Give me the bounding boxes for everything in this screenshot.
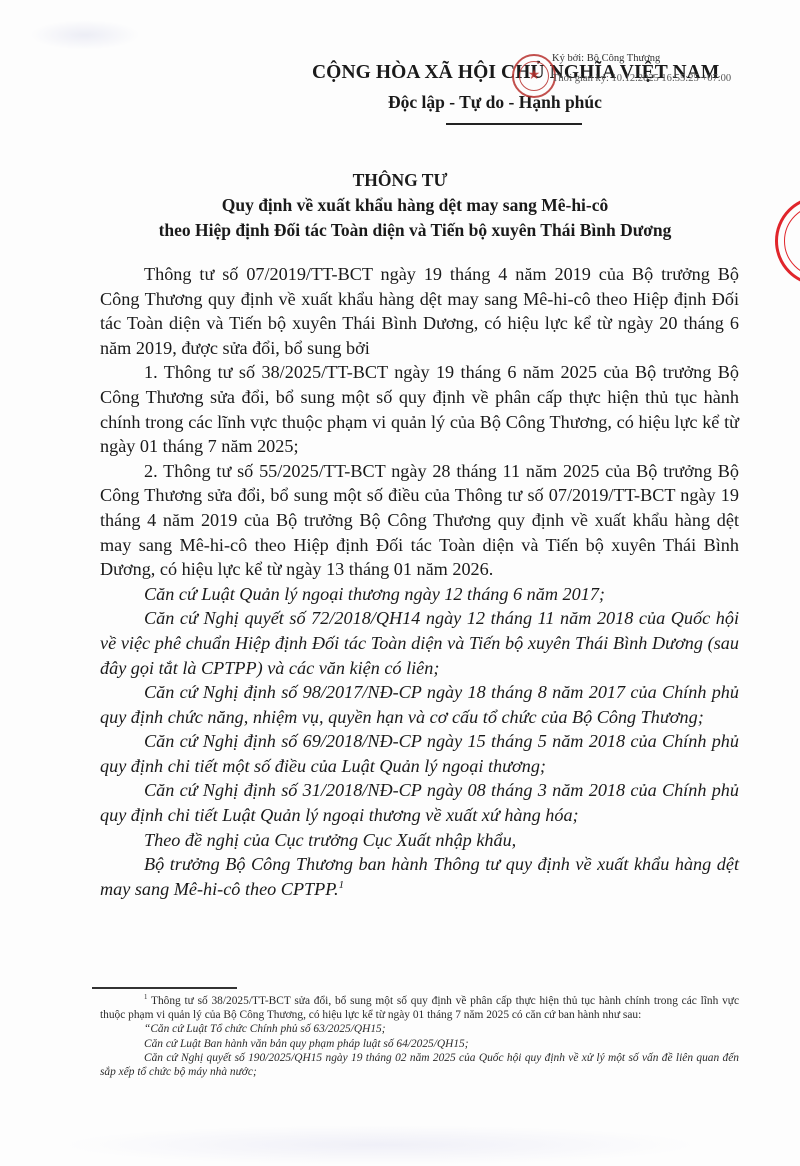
footnote-text: “Căn cứ Luật Tổ chức Chính phủ số 63/202… bbox=[144, 1023, 386, 1035]
national-motto: Độc lập - Tự do - Hạnh phúc bbox=[388, 92, 602, 113]
body-paragraph: Thông tư số 07/2019/TT-BCT ngày 19 tháng… bbox=[100, 262, 739, 360]
body-paragraph: Theo đề nghị của Cục trưởng Cục Xuất nhậ… bbox=[100, 828, 739, 853]
footnote-line: “Căn cứ Luật Tổ chức Chính phủ số 63/202… bbox=[100, 1022, 739, 1036]
body-paragraph: 1. Thông tư số 38/2025/TT-BCT ngày 19 th… bbox=[100, 360, 739, 458]
digital-signature: Ký bởi: Bộ Công Thương Thời gian ký: 10.… bbox=[552, 52, 660, 66]
signed-by: Ký bởi: Bộ Công Thương bbox=[552, 52, 660, 66]
footnote-line: Căn cứ Luật Ban hành văn bản quy phạm ph… bbox=[100, 1037, 739, 1051]
footnote-reference[interactable]: 1 bbox=[339, 879, 344, 891]
paragraph-text: Căn cứ Nghị định số 98/2017/NĐ-CP ngày 1… bbox=[100, 682, 739, 727]
footnote-separator bbox=[92, 987, 237, 989]
paragraph-text: Căn cứ Nghị quyết số 72/2018/QH14 ngày 1… bbox=[100, 608, 739, 677]
paragraph-text: Căn cứ Nghị định số 31/2018/NĐ-CP ngày 0… bbox=[100, 780, 739, 825]
scan-artifact bbox=[60, 1125, 700, 1165]
body-paragraph: Bộ trưởng Bộ Công Thương ban hành Thông … bbox=[100, 852, 739, 901]
document-subtitle-line2: theo Hiệp định Đối tác Toàn diện và Tiến… bbox=[30, 220, 800, 241]
paragraph-text: Thông tư số 07/2019/TT-BCT ngày 19 tháng… bbox=[100, 264, 739, 358]
paragraph-text: Theo đề nghị của Cục trưởng Cục Xuất nhậ… bbox=[144, 830, 516, 850]
paragraph-text: Căn cứ Nghị định số 69/2018/NĐ-CP ngày 1… bbox=[100, 731, 739, 776]
body-paragraph: Căn cứ Nghị định số 31/2018/NĐ-CP ngày 0… bbox=[100, 778, 739, 827]
document-body: Thông tư số 07/2019/TT-BCT ngày 19 tháng… bbox=[100, 262, 739, 901]
paragraph-text: Căn cứ Luật Quản lý ngoại thương ngày 12… bbox=[144, 584, 605, 604]
scan-artifact bbox=[30, 20, 140, 50]
body-paragraph: Căn cứ Nghị quyết số 72/2018/QH14 ngày 1… bbox=[100, 606, 739, 680]
document-page: CỘNG HÒA XÃ HỘI CHỦ NGHĨA VIỆT NAM Độc l… bbox=[0, 0, 800, 1166]
document-type: THÔNG TƯ bbox=[0, 170, 800, 191]
footnote-line: 1 Thông tư số 38/2025/TT-BCT sửa đổi, bổ… bbox=[100, 994, 739, 1022]
footnote-line: Căn cứ Nghị quyết số 190/2025/QH15 ngày … bbox=[100, 1051, 739, 1079]
footnote-text: Căn cứ Luật Ban hành văn bản quy phạm ph… bbox=[144, 1038, 469, 1050]
paragraph-text: 1. Thông tư số 38/2025/TT-BCT ngày 19 th… bbox=[100, 362, 739, 456]
footnotes: 1 Thông tư số 38/2025/TT-BCT sửa đổi, bổ… bbox=[100, 994, 739, 1079]
digital-seal-icon bbox=[512, 54, 556, 98]
body-paragraph: 2. Thông tư số 55/2025/TT-BCT ngày 28 th… bbox=[100, 459, 739, 582]
document-subtitle-line1: Quy định về xuất khẩu hàng dệt may sang … bbox=[30, 195, 800, 216]
body-paragraph: Căn cứ Nghị định số 69/2018/NĐ-CP ngày 1… bbox=[100, 729, 739, 778]
footnote-text: Thông tư số 38/2025/TT-BCT sửa đổi, bổ s… bbox=[100, 995, 739, 1021]
motto-underline bbox=[446, 123, 582, 125]
paragraph-text: 2. Thông tư số 55/2025/TT-BCT ngày 28 th… bbox=[100, 461, 739, 579]
footnote-text: Căn cứ Nghị quyết số 190/2025/QH15 ngày … bbox=[100, 1052, 739, 1078]
paragraph-text: Bộ trưởng Bộ Công Thương ban hành Thông … bbox=[100, 854, 739, 899]
body-paragraph: Căn cứ Nghị định số 98/2017/NĐ-CP ngày 1… bbox=[100, 680, 739, 729]
signed-time: Thời gian ký: 10.12.2025 16:55:25 +07:00 bbox=[552, 72, 731, 86]
body-paragraph: Căn cứ Luật Quản lý ngoại thương ngày 12… bbox=[100, 582, 739, 607]
